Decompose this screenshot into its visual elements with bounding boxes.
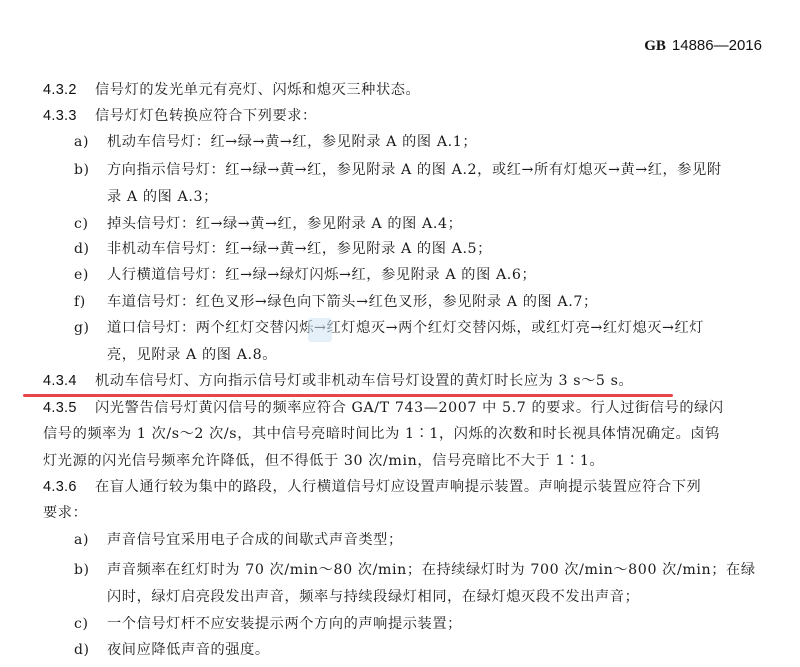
list-marker: a) [74,530,89,550]
clause-number: 4.3.4 [43,371,77,391]
clause-text: 闪光警告信号灯黄闪信号的频率应符合 GA/T 743—2007 中 5.7 的要… [95,398,724,418]
list-text: 一个信号灯杆不应安装提示两个方向的声响提示装置； [107,614,462,634]
clause-text: 信号灯灯色转换应符合下列要求： [95,106,317,126]
list-text: 机动车信号灯：红→绿→黄→红，参见附录 A 的图 A.1； [107,132,477,152]
list-marker: d) [74,239,90,259]
list-marker: b) [74,560,90,580]
list-marker: c) [74,614,89,634]
list-text: 录 A 的图 A.3； [107,187,218,207]
list-text: 夜间应降低声音的强度。 [107,640,270,660]
clause-text: 在盲人通行较为集中的路段，人行横道信号灯应设置声响提示装置。声响提示装置应符合下… [95,477,701,497]
list-marker: c) [74,214,89,234]
list-text: 亮，见附录 A 的图 A.8。 [107,345,277,365]
list-text: 车道信号灯：红色叉形→绿色向下箭头→红色叉形，参见附录 A 的图 A.7； [107,292,598,312]
list-marker: b) [74,160,90,180]
list-text: 掉头信号灯：红→绿→黄→红，参见附录 A 的图 A.4； [107,214,462,234]
list-text: 声音频率在红灯时为 70 次/min～80 次/min；在持续绿灯时为 700 … [107,560,756,580]
red-highlight-underline [23,394,673,397]
clause-number: 4.3.2 [43,80,77,100]
clause-text: 灯光源的闪光信号频率允许降低，但不得低于 30 次/min，信号亮暗比不大于 1… [43,451,604,471]
list-marker: a) [74,132,89,152]
clause-number: 4.3.6 [43,477,77,497]
list-text: 人行横道信号灯：红→绿→绿灯闪烁→红，参见附录 A 的图 A.6； [107,265,536,285]
clause-number: 4.3.5 [43,398,77,418]
clause-number: 4.3.3 [43,106,77,126]
list-marker: f) [74,292,86,312]
list-text: 非机动车信号灯：红→绿→黄→红，参见附录 A 的图 A.5； [107,239,492,259]
clause-text: 要求： [43,503,87,523]
list-marker: g) [74,318,90,338]
list-text: 声音信号宜采用电子合成的间歇式声音类型； [107,530,403,550]
list-text: 方向指示信号灯：红→绿→黄→红，参见附录 A 的图 A.2，或红→所有灯熄灭→黄… [107,160,722,180]
standard-header: GB14886—2016 [644,37,762,55]
clause-text: 机动车信号灯、方向指示信号灯或非机动车信号灯设置的黄灯时长应为 3 s～5 s。 [95,371,633,391]
list-text: 闪时，绿灯启亮段发出声音，频率与持续段绿灯相同，在绿灯熄灭段不发出声音； [107,587,639,607]
clause-text: 信号灯的发光单元有亮灯、闪烁和熄灭三种状态。 [95,80,420,100]
list-text: 道口信号灯：两个红灯交替闪烁→红灯熄灭→两个红灯交替闪烁，或红灯亮→红灯熄灭→红… [107,318,704,338]
list-marker: d) [74,640,90,660]
watermark-logo [308,318,332,342]
standard-number: 14886—2016 [672,37,762,54]
clause-text: 信号的频率为 1 次/s～2 次/s，其中信号亮暗时间比为 1∶1，闪烁的次数和… [43,424,720,444]
list-marker: e) [74,265,89,285]
gb-label: GB [644,38,666,54]
